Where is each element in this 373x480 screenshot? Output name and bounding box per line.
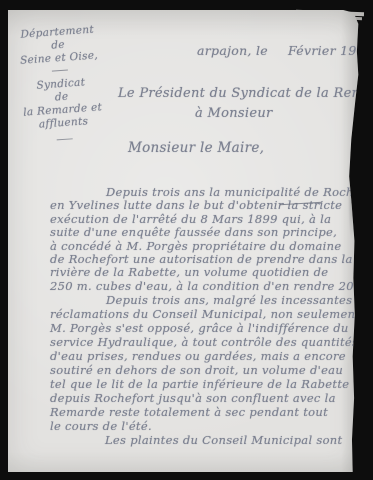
dateline-place: arpajon, le xyxy=(197,43,268,58)
sender-addressee-line: à Monsieur xyxy=(195,106,273,121)
divider-stroke xyxy=(52,69,68,71)
body-line: à concédé à M. Porgès propriétaire du do… xyxy=(50,240,358,253)
body-line: rivière de la Rabette, un volume quotidi… xyxy=(50,266,358,279)
body-line: le cours de l'été. xyxy=(50,419,358,433)
scanned-letter: Département de Seine et Oise, Syndicat d… xyxy=(0,0,373,480)
body-line: Depuis trois ans la municipalité de Roch… xyxy=(50,186,358,199)
body-line: 250 m. cubes d'eau, à la condition d'en … xyxy=(50,280,358,293)
paragraph-3: Les plaintes du Conseil Municipal sont xyxy=(105,433,373,447)
body-line: exécution de l'arrêté du 8 Mars 1899 qui… xyxy=(50,213,358,226)
body-line: d'eau prises, rendues ou gardées, mais a… xyxy=(50,349,358,363)
dateline: arpajon, leFévrier 1903. xyxy=(197,43,373,58)
body-line: de Rochefort une autorisation de prendre… xyxy=(50,253,358,266)
body-line: réclamations du Conseil Municipal, non s… xyxy=(50,307,358,321)
body-line: service Hydraulique, à tout contrôle des… xyxy=(50,335,358,349)
letterhead-block: Département de Seine et Oise, Syndicat d… xyxy=(4,22,118,150)
body-line: Depuis trois ans, malgré les incessantes xyxy=(50,293,358,307)
body-line: suite d'une enquête faussée dans son pri… xyxy=(50,226,358,239)
body-line: M. Porgès s'est opposé, grâce à l'indiff… xyxy=(50,321,358,335)
sender-title-line: Le Président du Syndicat de la Remarde xyxy=(118,86,373,101)
divider-stroke xyxy=(57,138,73,140)
dateline-date: Février 1903. xyxy=(288,43,373,58)
body-line: tel que le lit de la partie inférieure d… xyxy=(50,377,358,391)
body-line: Les plaintes du Conseil Municipal sont xyxy=(105,433,373,447)
body-line: soutiré en dehors de son droit, un volum… xyxy=(50,363,358,377)
paper-edge-shadow xyxy=(348,160,355,240)
salutation: Monsieur le Maire, xyxy=(128,140,264,156)
letter-page: Département de Seine et Oise, Syndicat d… xyxy=(8,10,359,472)
body-line: Remarde reste totalement à sec pendant t… xyxy=(50,405,358,419)
body-line: depuis Rochefort jusqu'à son confluent a… xyxy=(50,391,358,405)
paragraph-2: Depuis trois ans, malgré les incessantes… xyxy=(50,293,358,433)
